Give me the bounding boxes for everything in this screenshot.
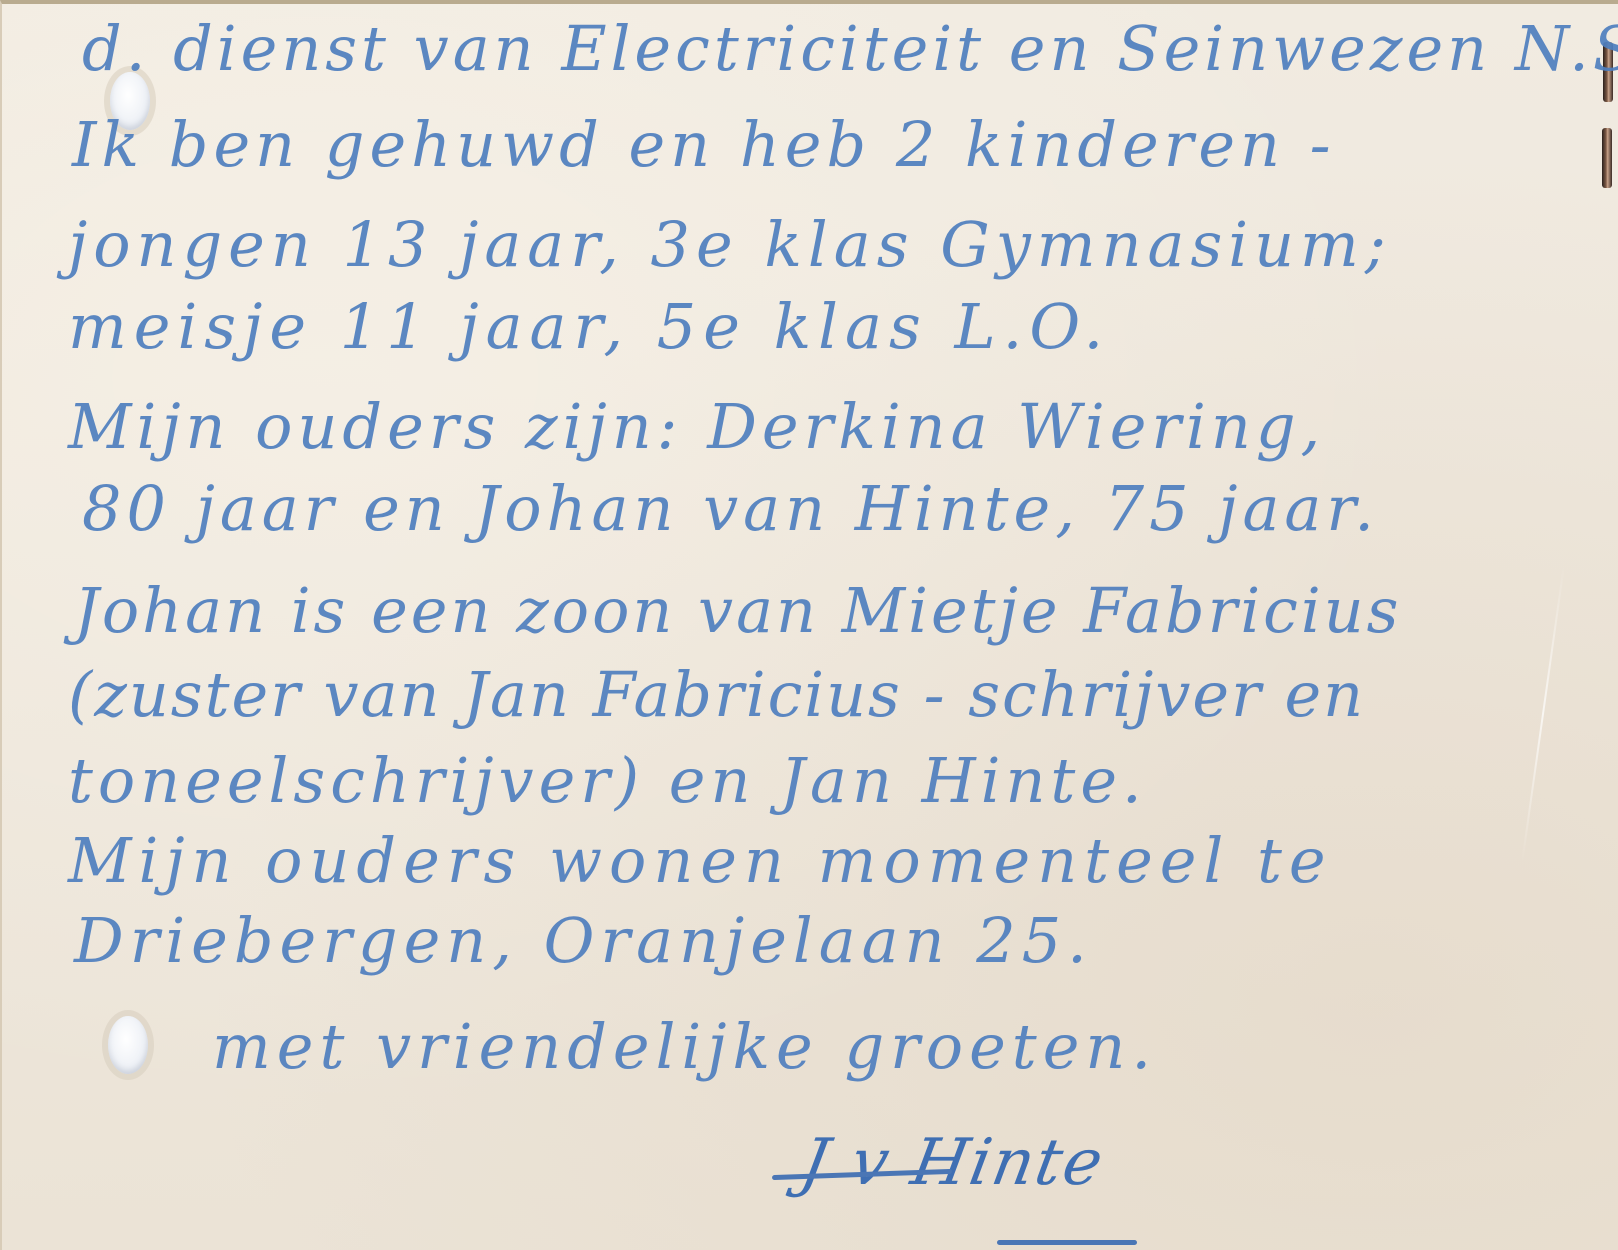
letter-line-5: Mijn ouders zijn: Derkina Wiering, [68,396,1325,458]
letter-line-9: toneelschrijver) en Jan Hinte. [68,750,1147,812]
letter-card: d. dienst van Electriciteit en Seinwezen… [0,0,1618,1250]
paper-crease [1521,565,1565,862]
letter-line-10: Mijn ouders wonen momenteel te [68,830,1333,892]
binder-ring-bottom [1602,128,1612,188]
signature: J v Hinte [795,1126,1110,1200]
letter-line-7: Johan is een zoon van Mietje Fabricius [74,580,1401,642]
letter-line-6: 80 jaar en Johan van Hinte, 75 jaar. [82,478,1379,540]
letter-closing: met vriendelijke groeten. [212,1016,1157,1078]
letter-line-8: (zuster van Jan Fabricius - schrijver en [68,664,1365,726]
letter-line-11: Driebergen, Oranjelaan 25. [74,910,1093,972]
signature-underline [997,1240,1137,1245]
punch-hole-bottom [108,1016,148,1074]
letter-line-3: jongen 13 jaar, 3e klas Gymnasium; [68,214,1392,276]
letter-line-1: d. dienst van Electriciteit en Seinwezen… [82,18,1618,80]
letter-line-2: Ik ben gehuwd en heb 2 kinderen - [72,114,1336,176]
letter-line-4: meisje 11 jaar, 5e klas L.O. [68,296,1110,358]
